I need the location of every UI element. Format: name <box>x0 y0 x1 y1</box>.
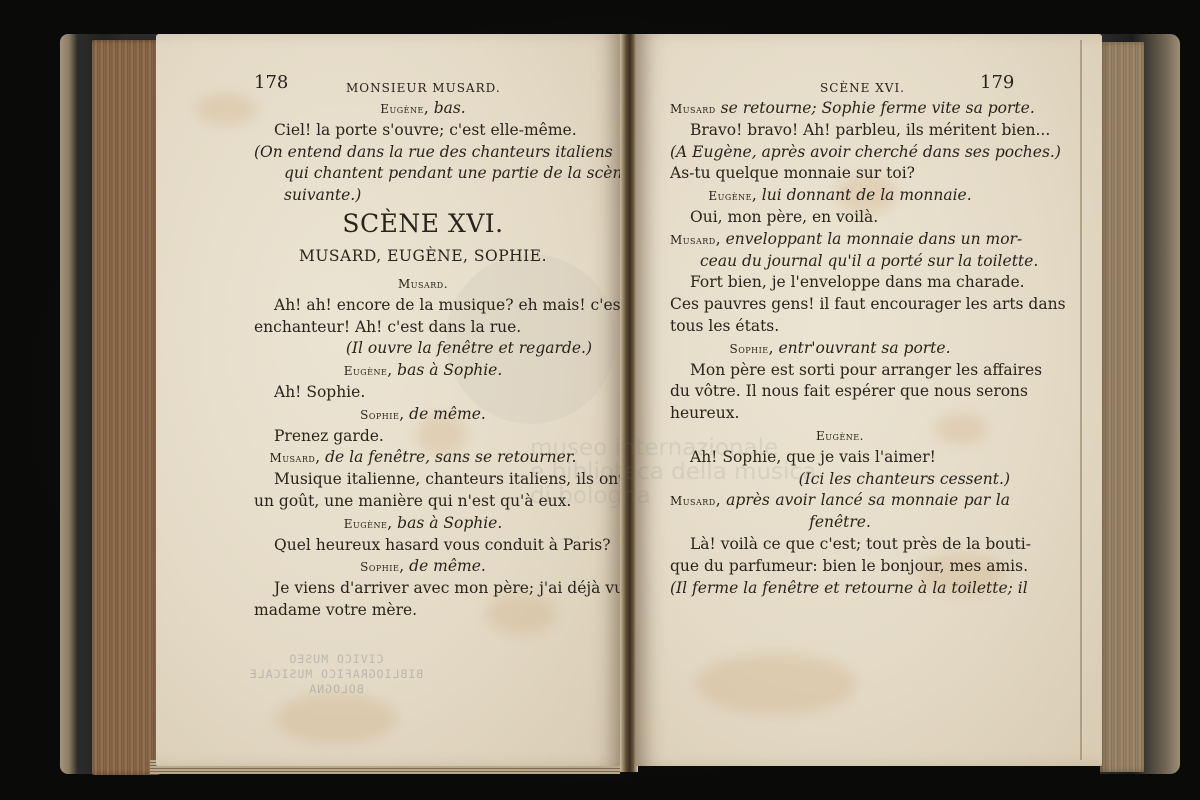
stage-direction-line: fenêtre. <box>670 512 1010 534</box>
dialogue-text: Fort bien, je l'enveloppe dans ma charad… <box>690 273 1025 291</box>
dialogue-text: Oui, mon père, en voilà. <box>690 208 878 226</box>
stage-direction: (Ici les chanteurs cessent.) <box>799 470 1010 488</box>
left-page-text: Eugène, bas.Ciel! la porte s'ouvre; c'es… <box>254 98 592 622</box>
page-number: 178 <box>254 72 288 94</box>
speaker-heading: Sophie, de même. <box>254 404 592 426</box>
speaker-name: Sophie <box>360 408 399 422</box>
dialogue-text: Mon père est sorti pour arranger les aff… <box>690 361 1042 379</box>
stage-direction: lui donnant de la monnaie. <box>762 186 972 204</box>
running-head: MONSIEUR MUSARD. <box>346 78 501 100</box>
dialogue-text: Quel heureux hasard vous conduit à Paris… <box>274 536 611 554</box>
dialogue-text: Prenez garde. <box>274 427 384 445</box>
dialogue-text: du vôtre. Il nous fait espérer que nous … <box>670 382 1028 400</box>
dialogue-line: Fort bien, je l'enveloppe dans ma charad… <box>670 272 1010 294</box>
dialogue-line: madame votre mère. <box>254 600 592 622</box>
stage-direction: ceau du journal qu'il a porté sur la toi… <box>700 252 1038 270</box>
stage-direction: (Il ouvre la fenêtre et regarde.) <box>346 339 592 357</box>
stage-direction: bas. <box>434 99 466 117</box>
dialogue-line: Mon père est sorti pour arranger les aff… <box>670 360 1010 382</box>
speaker-name: Eugène <box>344 364 388 378</box>
dialogue-line: Ces pauvres gens! il faut encourager les… <box>670 294 1010 316</box>
dialogue-text: tous les états. <box>670 317 779 335</box>
stage-direction: se retourne; Sophie ferme vite sa porte. <box>721 99 1035 117</box>
dialogue-text: Ciel! la porte s'ouvre; c'est elle-même. <box>274 121 577 139</box>
stage-direction: enveloppant la monnaie dans un mor- <box>726 230 1023 248</box>
speaker-heading: Musard se retourne; Sophie ferme vite sa… <box>670 98 1010 120</box>
dialogue-line: Ah! Sophie. <box>254 382 592 404</box>
speaker-heading: Musard. <box>254 273 592 295</box>
stage-direction: (A Eugène, après avoir cherché dans ses … <box>670 143 1061 161</box>
speaker-heading: Musard, enveloppant la monnaie dans un m… <box>670 229 1010 251</box>
speaker-heading: Eugène, bas. <box>254 98 592 120</box>
speaker-name: Musard. <box>398 277 448 291</box>
speaker-name: Sophie <box>729 342 768 356</box>
dialogue-text: Là! voilà ce que c'est; tout près de la … <box>690 535 1031 553</box>
stage-direction: fenêtre. <box>809 513 871 531</box>
stage-direction-line: (Il ferme la fenêtre et retourne à la to… <box>670 578 1010 600</box>
right-page-text: Musard se retourne; Sophie ferme vite sa… <box>670 98 1010 599</box>
speaker-name: Eugène <box>708 189 752 203</box>
stage-direction-line: suivante.) <box>254 185 592 207</box>
running-head: SCÈNE XVI. <box>820 78 905 100</box>
museum-watermark: museo internazionale e biblioteca della … <box>530 436 816 508</box>
cast-list: MUSARD, EUGÈNE, SOPHIE. <box>254 241 592 273</box>
scene-title: SCÈNE XVI. <box>254 207 592 241</box>
speaker-name: Sophie <box>360 560 399 574</box>
dialogue-text: heureux. <box>670 404 739 422</box>
dialogue-text: Ah! Sophie. <box>274 383 365 401</box>
speaker-name: Musard <box>270 451 316 465</box>
stage-direction: bas à Sophie. <box>397 361 502 379</box>
speaker-heading: Eugène, bas à Sophie. <box>254 513 592 535</box>
dialogue-line: Ah! ah! encore de la musique? eh mais! c… <box>254 295 592 317</box>
dialogue-text: Je viens d'arriver avec mon père; j'ai d… <box>274 579 622 597</box>
dialogue-text: Ah! ah! encore de la musique? eh mais! c… <box>274 296 622 314</box>
speaker-name: Eugène. <box>816 429 864 443</box>
photo-background: CIVICO MUSEO BIBLIOGRAFICO MUSICALE BOLO… <box>0 0 1200 800</box>
page-number: 179 <box>980 72 1014 94</box>
dialogue-line: tous les états. <box>670 316 1010 338</box>
right-page: SCÈNE XVI. 179 Musard se retourne; Sophi… <box>636 34 1102 766</box>
page-block-edge-left <box>92 40 160 775</box>
dialogue-text: enchanteur! Ah! c'est dans la rue. <box>254 318 521 336</box>
dialogue-line: Quel heureux hasard vous conduit à Paris… <box>254 535 592 557</box>
stage-direction-line: (A Eugène, après avoir cherché dans ses … <box>670 142 1010 164</box>
dialogue-line: enchanteur! Ah! c'est dans la rue. <box>254 317 592 339</box>
dialogue-line: Bravo! bravo! Ah! parbleu, ils méritent … <box>670 120 1010 142</box>
stage-direction-line: (Il ouvre la fenêtre et regarde.) <box>254 338 592 360</box>
speaker-name: Musard <box>670 102 716 116</box>
library-stamp-bleedthrough: CIVICO MUSEO BIBLIOGRAFICO MUSICALE BOLO… <box>226 652 446 697</box>
speaker-name: Eugène <box>344 517 388 531</box>
speaker-heading: Sophie, de même. <box>254 556 592 578</box>
dialogue-line: heureux. <box>670 403 1010 425</box>
dialogue-text: madame votre mère. <box>254 601 417 619</box>
stage-direction-line: (On entend dans la rue des chanteurs ita… <box>254 142 592 164</box>
dialogue-line: Là! voilà ce que c'est; tout près de la … <box>670 534 1010 556</box>
speaker-name: Musard <box>670 233 716 247</box>
stage-direction: (Il ferme la fenêtre et retourne à la to… <box>670 579 1028 597</box>
speaker-heading: Sophie, entr'ouvrant sa porte. <box>670 338 1010 360</box>
dialogue-line: Je viens d'arriver avec mon père; j'ai d… <box>254 578 592 600</box>
speaker-heading: Eugène, bas à Sophie. <box>254 360 592 382</box>
scene-title-text: SCÈNE XVI. <box>342 209 503 238</box>
speaker-heading: Eugène, lui donnant de la monnaie. <box>670 185 1010 207</box>
dialogue-text: Ces pauvres gens! il faut encourager les… <box>670 295 1066 313</box>
dialogue-text: que du parfumeur: bien le bonjour, mes a… <box>670 557 1028 575</box>
page-block-edge-right <box>1100 42 1144 772</box>
left-page: CIVICO MUSEO BIBLIOGRAFICO MUSICALE BOLO… <box>156 34 622 766</box>
stage-direction: de même. <box>409 557 486 575</box>
dialogue-text: un goût, une manière qui n'est qu'à eux. <box>254 492 571 510</box>
cast-list-text: MUSARD, EUGÈNE, SOPHIE. <box>299 247 547 265</box>
dialogue-line: As-tu quelque monnaie sur toi? <box>670 163 1010 185</box>
stage-direction: qui chantent pendant une partie de la sc… <box>284 164 622 182</box>
stage-direction-line: ceau du journal qu'il a porté sur la toi… <box>670 251 1010 273</box>
dialogue-text: Bravo! bravo! Ah! parbleu, ils méritent … <box>690 121 1050 139</box>
dialogue-text: As-tu quelque monnaie sur toi? <box>670 164 915 182</box>
stage-direction: bas à Sophie. <box>397 514 502 532</box>
stage-direction: (On entend dans la rue des chanteurs ita… <box>254 143 613 161</box>
page-deckle-edge <box>1080 40 1082 760</box>
dialogue-line: que du parfumeur: bien le bonjour, mes a… <box>670 556 1010 578</box>
dialogue-line: Ciel! la porte s'ouvre; c'est elle-même. <box>254 120 592 142</box>
speaker-name: Eugène <box>380 102 424 116</box>
stage-direction: entr'ouvrant sa porte. <box>778 339 950 357</box>
stage-direction: de même. <box>409 405 486 423</box>
dialogue-line: Oui, mon père, en voilà. <box>670 207 1010 229</box>
dialogue-line: du vôtre. Il nous fait espérer que nous … <box>670 381 1010 403</box>
stage-direction: suivante.) <box>284 186 361 204</box>
stage-direction-line: qui chantent pendant une partie de la sc… <box>254 163 592 185</box>
